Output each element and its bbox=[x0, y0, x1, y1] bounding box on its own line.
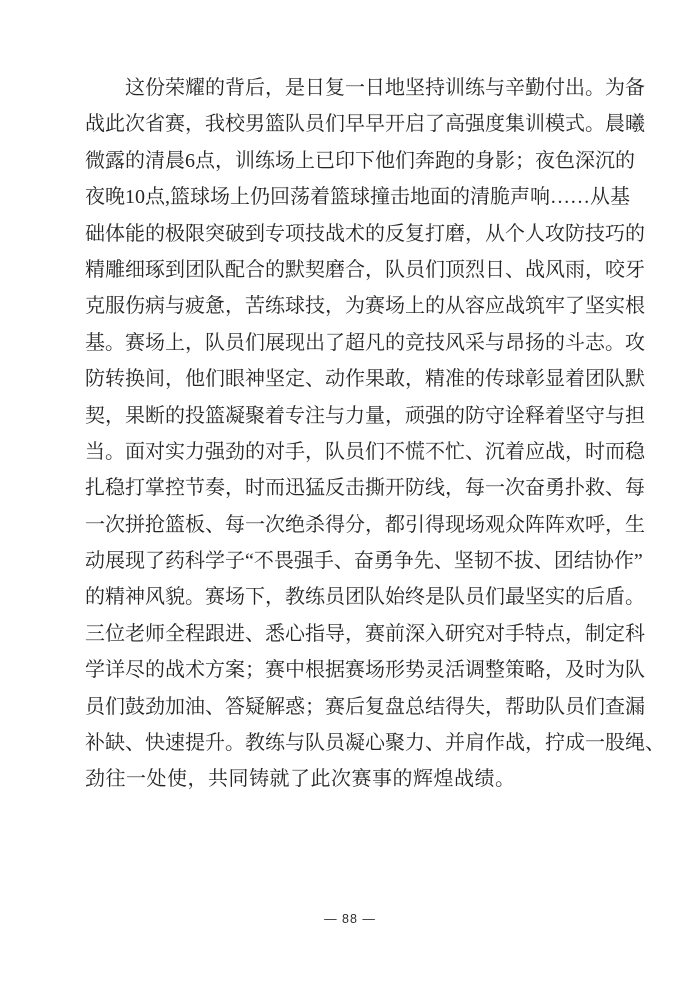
text-line: 补缺、快速提升。教练与队员凝心聚力、并肩作战，拧成一股绳、 bbox=[85, 725, 621, 761]
text-line: 防转换间，他们眼神坚定、动作果敢，精准的传球彰显着团队默 bbox=[85, 361, 621, 397]
text-line: 精雕细琢到团队配合的默契磨合，队员们顶烈日、战风雨，咬牙 bbox=[85, 252, 621, 288]
text-line: 一次拼抢篮板、每一次绝杀得分，都引得现场观众阵阵欢呼，生 bbox=[85, 507, 621, 543]
document-page: 这份荣耀的背后，是日复一日地坚持训练与辛勤付出。为备 战此次省赛，我校男篮队员们… bbox=[0, 0, 700, 989]
text-line: 员们鼓劲加油、答疑解惑；赛后复盘总结得失，帮助队员们查漏 bbox=[85, 689, 621, 725]
text-line: 微露的清晨6点，训练场上已印下他们奔跑的身影；夜色深沉的 bbox=[85, 143, 621, 179]
text-line: 契，果断的投篮凝聚着专注与力量，顽强的防守诠释着坚守与担 bbox=[85, 398, 621, 434]
text-line: 学详尽的战术方案；赛中根据赛场形势灵活调整策略，及时为队 bbox=[85, 652, 621, 688]
text-line: 基。赛场上，队员们展现出了超凡的竞技风采与昂扬的斗志。攻 bbox=[85, 325, 621, 361]
text-line: 础体能的极限突破到专项技战术的反复打磨，从个人攻防技巧的 bbox=[85, 216, 621, 252]
page-number: — 88 — bbox=[0, 912, 700, 926]
text-line: 动展现了药科学子“不畏强手、奋勇争先、坚韧不拔、团结协作” bbox=[85, 543, 621, 579]
text-line: 三位老师全程跟进、悉心指导，赛前深入研究对手特点，制定科 bbox=[85, 616, 621, 652]
text-line: 当。面对实力强劲的对手，队员们不慌不忙、沉着应战，时而稳 bbox=[85, 434, 621, 470]
text-line: 的精神风貌。赛场下，教练员团队始终是队员们最坚实的后盾。 bbox=[85, 579, 621, 615]
paragraph: 这份荣耀的背后，是日复一日地坚持训练与辛勤付出。为备 战此次省赛，我校男篮队员们… bbox=[85, 70, 621, 798]
text-line: 劲往一处使，共同铸就了此次赛事的辉煌战绩。 bbox=[85, 761, 621, 797]
text-line: 扎稳打掌控节奏，时而迅猛反击撕开防线，每一次奋勇扑救、每 bbox=[85, 470, 621, 506]
text-line: 这份荣耀的背后，是日复一日地坚持训练与辛勤付出。为备 bbox=[85, 70, 621, 106]
text-line: 战此次省赛，我校男篮队员们早早开启了高强度集训模式。晨曦 bbox=[85, 106, 621, 142]
text-line: 克服伤病与疲惫，苦练球技，为赛场上的从容应战筑牢了坚实根 bbox=[85, 288, 621, 324]
text-line: 夜晚10点,篮球场上仍回荡着篮球撞击地面的清脆声响……从基 bbox=[85, 179, 621, 215]
